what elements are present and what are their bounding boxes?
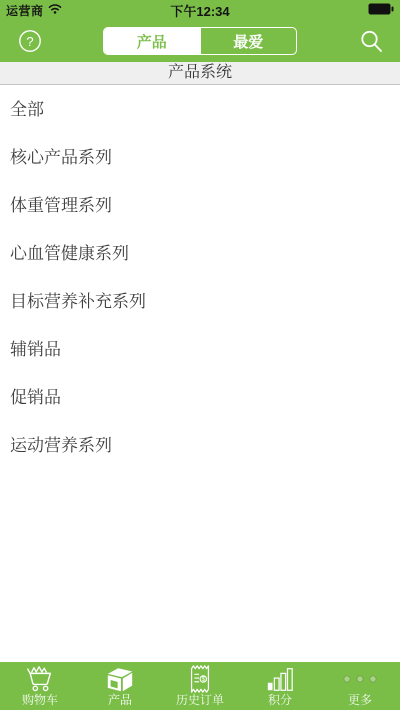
category-list: 全部 核心产品系列 体重管理系列 心血管健康系列 目标营养补充系列 辅销品 促销… (0, 86, 400, 470)
tab-favorites-segment[interactable]: 最爱 (200, 28, 297, 54)
tab-label: 更多 (348, 694, 372, 707)
search-icon (358, 28, 385, 55)
tab-cart[interactable]: 购物车 (0, 662, 80, 710)
battery-icon (368, 3, 394, 18)
bar-chart-icon (265, 664, 295, 694)
app-screen: 运营商 下午12:34 ? (0, 0, 400, 710)
tab-bar: 购物车 产品 $ (0, 662, 400, 710)
list-item-auxiliary[interactable]: 辅销品 (0, 326, 400, 374)
clock-label: 下午12:34 (136, 1, 264, 20)
tab-label: 购物车 (22, 694, 58, 707)
list-item-core[interactable]: 核心产品系列 (0, 134, 400, 182)
list-item-weight[interactable]: 体重管理系列 (0, 182, 400, 230)
ellipsis-icon (339, 664, 381, 694)
tab-points[interactable]: 积分 (240, 662, 320, 710)
tab-more[interactable]: 更多 (320, 662, 400, 710)
tab-products-segment[interactable]: 产品 (104, 28, 200, 54)
list-item-nutrition[interactable]: 目标营养补充系列 (0, 278, 400, 326)
svg-text:?: ? (26, 34, 33, 49)
tab-label: 历史订单 (176, 694, 224, 707)
list-item-all[interactable]: 全部 (0, 86, 400, 134)
package-icon (105, 664, 135, 694)
status-right (264, 3, 394, 18)
status-bar: 运营商 下午12:34 (0, 0, 400, 20)
tab-products[interactable]: 产品 (80, 662, 160, 710)
cart-icon (25, 664, 55, 694)
tab-history-orders[interactable]: $ 历史订单 (160, 662, 240, 710)
list-item-sports[interactable]: 运动营养系列 (0, 422, 400, 470)
segmented-control: 产品 最爱 (103, 27, 297, 55)
tab-label: 积分 (268, 694, 292, 707)
carrier-label: 运营商 (6, 2, 44, 19)
search-button[interactable] (356, 26, 386, 56)
help-button[interactable]: ? (15, 26, 45, 56)
wifi-icon (48, 3, 62, 17)
list-item-cardio[interactable]: 心血管健康系列 (0, 230, 400, 278)
receipt-icon: $ (187, 664, 213, 694)
section-title: 产品系统 (0, 62, 400, 85)
status-left: 运营商 (6, 2, 136, 19)
tab-label: 产品 (108, 694, 132, 707)
question-icon: ? (17, 28, 43, 54)
list-item-promo[interactable]: 促销品 (0, 374, 400, 422)
nav-bar: ? 产品 最爱 (0, 20, 400, 62)
